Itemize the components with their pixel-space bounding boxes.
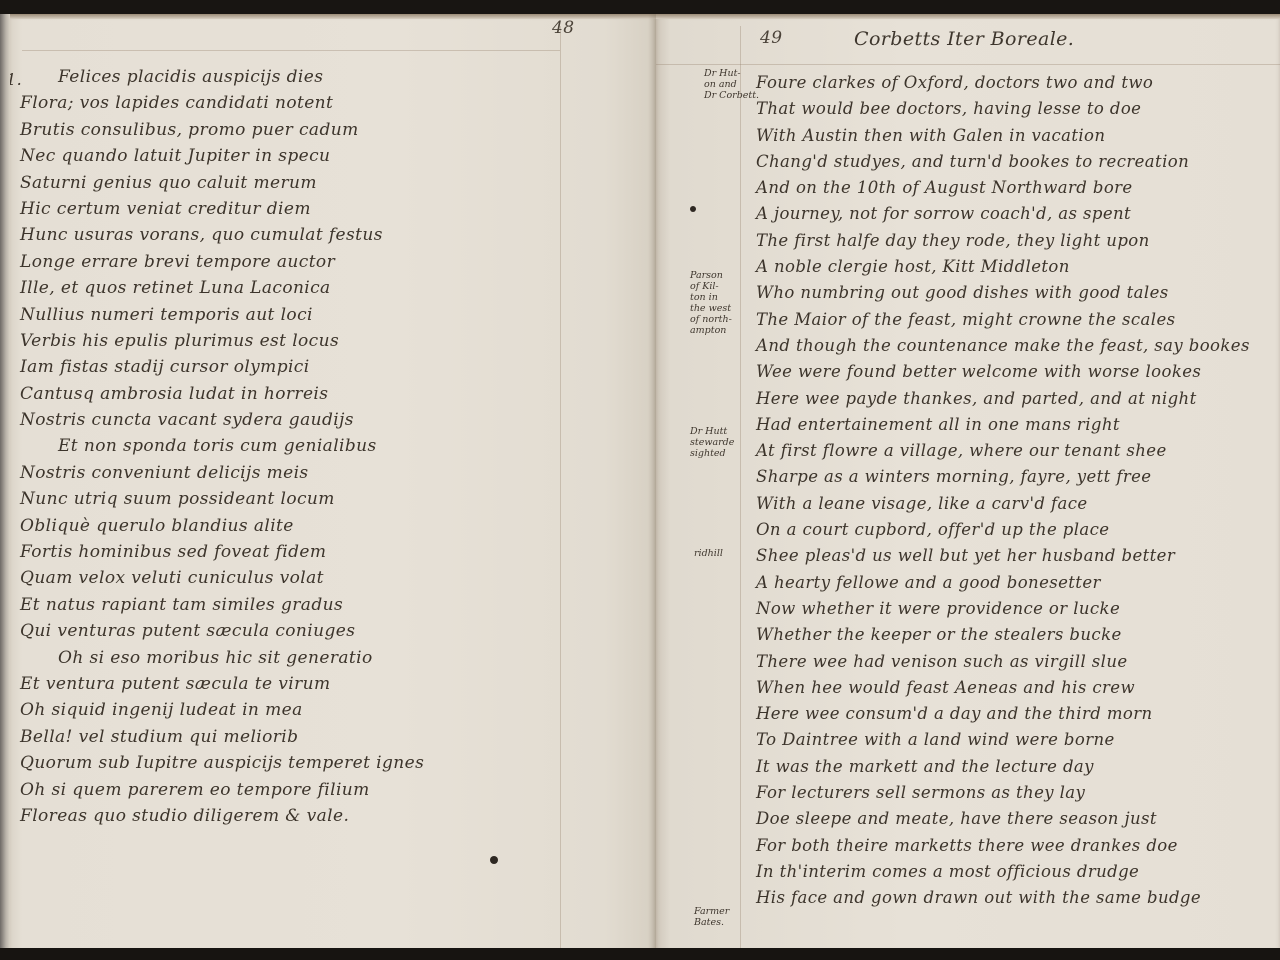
manuscript-line: At first flowre a village, where our ten… [742, 438, 1250, 464]
left-page: 48 1. Felices placidis auspicijs dies Fl… [8, 14, 656, 950]
manuscript-line: Who numbring out good dishes with good t… [742, 280, 1250, 306]
ink-blot [690, 206, 696, 212]
manuscript-line: Sharpe as a winters morning, fayre, yett… [742, 464, 1250, 490]
ink-blot [490, 856, 498, 864]
right-page-text: Foure clarkes of Oxford, doctors two and… [742, 70, 1250, 912]
manuscript-line: Doe sleepe and meate, have there season … [742, 806, 1250, 832]
manuscript-line: Whether the keeper or the stealers bucke [742, 622, 1250, 648]
manuscript-line: And on the 10th of August Northward bore [742, 175, 1250, 201]
manuscript-line: Saturni genius quo caluit merum [20, 170, 424, 196]
marginal-note: ridhill [694, 548, 723, 559]
manuscript-line: Iam fistas stadij cursor olympici [20, 354, 424, 380]
manuscript-line: Here wee payde thankes, and parted, and … [742, 386, 1250, 412]
manuscript-line: And though the countenance make the feas… [742, 333, 1250, 359]
manuscript-line: There wee had venison such as virgill sl… [742, 649, 1250, 675]
manuscript-line: A noble clergie host, Kitt Middleton [742, 254, 1250, 280]
ruled-top-margin-line [22, 50, 560, 51]
manuscript-line: His face and gown drawn out with the sam… [742, 885, 1250, 911]
manuscript-line: Nunc utriq suum possideant locum [20, 486, 424, 512]
manuscript-line: Shee pleas'd us well but yet her husband… [742, 543, 1250, 569]
manuscript-line: Here wee consum'd a day and the third mo… [742, 701, 1250, 727]
manuscript-line: On a court cupbord, offer'd up the place [742, 517, 1250, 543]
manuscript-line: Oh si quem parerem eo tempore filium [20, 777, 424, 803]
manuscript-line: When hee would feast Aeneas and his crew [742, 675, 1250, 701]
manuscript-line: Chang'd studyes, and turn'd bookes to re… [742, 149, 1250, 175]
manuscript-line: Floreas quo studio diligerem & vale. [20, 803, 424, 829]
manuscript-line: Flora; vos lapides candidati notent [20, 90, 424, 116]
marginal-note: Dr Hutt stewarde sighted [690, 426, 734, 459]
folio-number: 48 [552, 18, 574, 38]
manuscript-line: In th'interim comes a most officious dru… [742, 859, 1250, 885]
manuscript-line: Wee were found better welcome with worse… [742, 359, 1250, 385]
manuscript-line: Verbis his epulis plurimus est locus [20, 328, 424, 354]
manuscript-line: With Austin then with Galen in vacation [742, 123, 1250, 149]
ruled-left-margin-line [740, 26, 741, 950]
manuscript-line: Nostris cuncta vacant sydera gaudijs [20, 407, 424, 433]
manuscript-line: Had entertainement all in one mans right [742, 412, 1250, 438]
manuscript-line: To Daintree with a land wind were borne [742, 727, 1250, 753]
manuscript-line: Obliquè querulo blandius alite [20, 513, 424, 539]
ruled-top-margin-line [656, 64, 1280, 65]
manuscript-line: For both theire marketts there wee drank… [742, 833, 1250, 859]
manuscript-line: Cantusq ambrosia ludat in horreis [20, 381, 424, 407]
manuscript-line: Quorum sub Iupitre auspicijs temperet ig… [20, 750, 424, 776]
manuscript-line: Nec quando latuit Jupiter in specu [20, 143, 424, 169]
manuscript-line: Quam velox veluti cuniculus volat [20, 565, 424, 591]
manuscript-line: Hunc usuras vorans, quo cumulat festus [20, 222, 424, 248]
manuscript-line: The first halfe day they rode, they ligh… [742, 228, 1250, 254]
manuscript-line: Nostris conveniunt delicijs meis [20, 460, 424, 486]
manuscript-line: Et natus rapiant tam similes gradus [20, 592, 424, 618]
manuscript-line: Et ventura putent sæcula te virum [20, 671, 424, 697]
page-top-edge [656, 14, 1280, 19]
manuscript-line: A journey, not for sorrow coach'd, as sp… [742, 201, 1250, 227]
manuscript-line: Longe errare brevi tempore auctor [20, 249, 424, 275]
open-manuscript-book: 48 1. Felices placidis auspicijs dies Fl… [0, 14, 1280, 950]
manuscript-line: Nullius numeri temporis aut loci [20, 302, 424, 328]
right-page: 49 Corbetts Iter Boreale. Dr Hut- on and… [656, 14, 1280, 950]
manuscript-line: Bella! vel studium qui meliorib [20, 724, 424, 750]
dark-background-bottom [0, 948, 1280, 960]
manuscript-line: The Maior of the feast, might crowne the… [742, 307, 1250, 333]
manuscript-line: Oh siquid ingenij ludeat in mea [20, 697, 424, 723]
folio-number: 49 [760, 28, 782, 48]
left-page-text: Felices placidis auspicijs dies Flora; v… [20, 64, 424, 829]
manuscript-line: That would bee doctors, having lesse to … [742, 96, 1250, 122]
manuscript-line: Hic certum veniat creditur diem [20, 196, 424, 222]
manuscript-line: With a leane visage, like a carv'd face [742, 491, 1250, 517]
manuscript-line: It was the markett and the lecture day [742, 754, 1250, 780]
manuscript-line: Foure clarkes of Oxford, doctors two and… [742, 70, 1250, 96]
manuscript-line: Brutis consulibus, promo puer cadum [20, 117, 424, 143]
manuscript-line: Fortis hominibus sed foveat fidem [20, 539, 424, 565]
running-title: Corbetts Iter Boreale. [854, 28, 1074, 50]
ruled-right-margin-line [560, 26, 561, 950]
manuscript-line: A hearty fellowe and a good bonesetter [742, 570, 1250, 596]
manuscript-line: Now whether it were providence or lucke [742, 596, 1250, 622]
page-stack-edge [0, 14, 10, 950]
marginal-note: Parson of Kil- ton in the west of north-… [690, 270, 732, 336]
manuscript-line: Et non sponda toris cum genialibus [20, 433, 424, 459]
manuscript-line: For lecturers sell sermons as they lay [742, 780, 1250, 806]
manuscript-line: Ille, et quos retinet Luna Laconica [20, 275, 424, 301]
manuscript-line: Felices placidis auspicijs dies [20, 64, 424, 90]
manuscript-line: Oh si eso moribus hic sit generatio [20, 645, 424, 671]
manuscript-line: Qui venturas putent sæcula coniuges [20, 618, 424, 644]
marginal-note: Farmer Bates. [694, 906, 729, 928]
